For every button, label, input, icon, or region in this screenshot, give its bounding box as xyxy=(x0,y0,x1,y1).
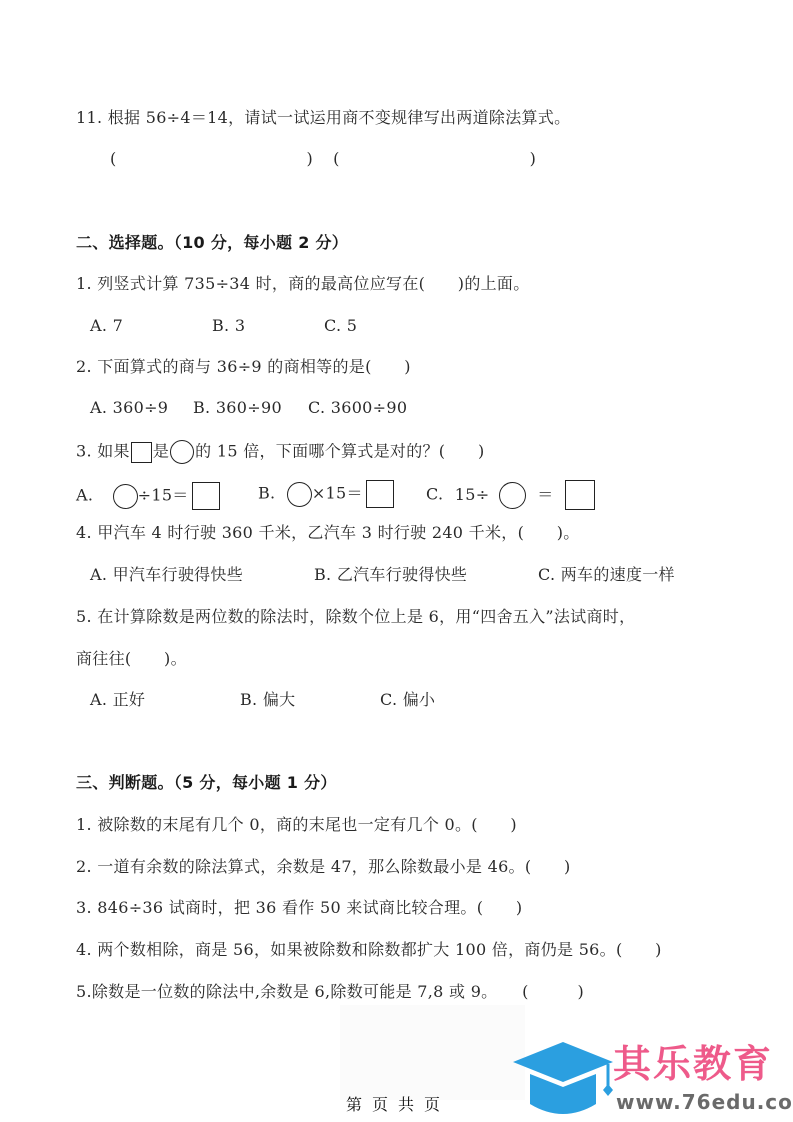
option-c: C. 15÷ ＝ xyxy=(426,480,595,510)
option-a: A. 正好 xyxy=(90,690,145,710)
option-c: C. 3600÷90 xyxy=(308,398,407,418)
circle-shape xyxy=(287,482,312,507)
option-a: A. 7 xyxy=(90,316,123,336)
blank-1-close: ) xyxy=(307,149,314,168)
option-b-op: ×15＝ xyxy=(312,484,363,503)
option-b: B. 偏大 xyxy=(240,690,295,710)
option-a: A. 360÷9 xyxy=(90,398,168,418)
q3-text-part3: 的 15 倍，下面哪个算式是对的？( ) xyxy=(195,442,484,461)
mc-question-2-options: A. 360÷9 B. 360÷90 C. 3600÷90 xyxy=(90,398,490,418)
option-c-label: C. xyxy=(426,485,443,504)
mc-question-2: 2. 下面算式的商与 36÷9 的商相等的是( ) xyxy=(76,357,411,377)
mc-question-4: 4. 甲汽车 4 时行驶 360 千米，乙汽车 3 时行驶 240 千米，( )… xyxy=(76,523,580,543)
circle-shape xyxy=(499,482,526,509)
option-b: B. 360÷90 xyxy=(193,398,282,418)
section-heading-multiple-choice: 二、选择题。（10 分，每小题 2 分） xyxy=(76,233,348,253)
blank-2-open: ( xyxy=(333,149,340,168)
footer-background xyxy=(340,1005,525,1100)
tf-question-4: 4. 两个数相除，商是 56，如果被除数和除数都扩大 100 倍，商仍是 56。… xyxy=(76,940,662,960)
option-c-prefix: 15÷ xyxy=(455,485,490,504)
option-c: C. 偏小 xyxy=(380,690,435,710)
section-heading-true-false: 三、判断题。（5 分，每小题 1 分） xyxy=(76,773,337,793)
option-b: B. 3 xyxy=(212,316,245,336)
question-11: 11. 根据 56÷4＝14，请试一试运用商不变规律写出两道除法算式。 xyxy=(76,108,570,128)
mc-question-4-options: A. 甲汽车行驶得快些 B. 乙汽车行驶得快些 C. 两车的速度一样 xyxy=(90,565,710,585)
blank-2-close: ) xyxy=(530,149,537,168)
tf-question-5: 5.除数是一位数的除法中,余数是 6,除数可能是 7,8 或 9。 ( ) xyxy=(76,982,584,1002)
watermark-url: www.76edu.com xyxy=(616,1090,793,1114)
mc-question-5-options: A. 正好 B. 偏大 C. 偏小 xyxy=(90,690,490,710)
mc-question-5: 5. 在计算除数是两位数的除法时，除数个位上是 6，用“四舍五入”法试商时， xyxy=(76,607,635,627)
option-b: B. ×15＝ xyxy=(258,480,394,508)
footer-part: 共 xyxy=(398,1095,416,1114)
page-footer: 第页共页 xyxy=(346,1092,450,1115)
option-a: A. 甲汽车行驶得快些 xyxy=(90,565,243,585)
circle-shape xyxy=(170,440,194,464)
option-c-op: ＝ xyxy=(537,485,553,504)
answer-blanks-q11: ()() xyxy=(110,149,536,169)
mc-question-3: 3. 如果是的 15 倍，下面哪个算式是对的？( ) xyxy=(76,440,485,464)
square-shape xyxy=(131,442,152,463)
mc-question-3-options: A. ÷15＝ B. ×15＝ C. 15÷ ＝ xyxy=(76,482,616,508)
footer-part: 第 xyxy=(346,1095,364,1114)
footer-part: 页 xyxy=(372,1095,390,1114)
option-a-label: A. xyxy=(76,486,93,505)
q3-text-part2: 是 xyxy=(153,442,169,461)
circle-shape xyxy=(113,484,138,509)
tf-question-2: 2. 一道有余数的除法算式，余数是 47，那么除数最小是 46。( ) xyxy=(76,857,571,877)
square-shape xyxy=(366,480,394,508)
option-c: C. 两车的速度一样 xyxy=(538,565,675,585)
mc-question-1: 1. 列竖式计算 735÷34 时，商的最高位应写在( )的上面。 xyxy=(76,274,530,294)
option-c: C. 5 xyxy=(324,316,357,336)
mc-question-5-cont: 商往往( )。 xyxy=(76,649,187,669)
blank-1-open: ( xyxy=(110,149,117,168)
tf-question-1: 1. 被除数的末尾有几个 0，商的末尾也一定有几个 0。( ) xyxy=(76,815,517,835)
watermark-brand-name: 其乐教育 xyxy=(613,1043,773,1085)
graduation-cap-icon xyxy=(508,1040,618,1120)
square-shape xyxy=(192,482,220,510)
option-b: B. 乙汽车行驶得快些 xyxy=(314,565,467,585)
option-a-op: ÷15＝ xyxy=(138,486,189,505)
q3-text-part1: 3. 如果 xyxy=(76,442,130,461)
square-shape xyxy=(565,480,595,510)
option-a: A. ÷15＝ xyxy=(76,482,220,510)
footer-part: 页 xyxy=(424,1095,442,1114)
option-b-label: B. xyxy=(258,484,275,503)
mc-question-1-options: A. 7 B. 3 C. 5 xyxy=(90,316,490,336)
tf-question-3: 3. 846÷36 试商时，把 36 看作 50 来试商比较合理。( ) xyxy=(76,898,522,918)
